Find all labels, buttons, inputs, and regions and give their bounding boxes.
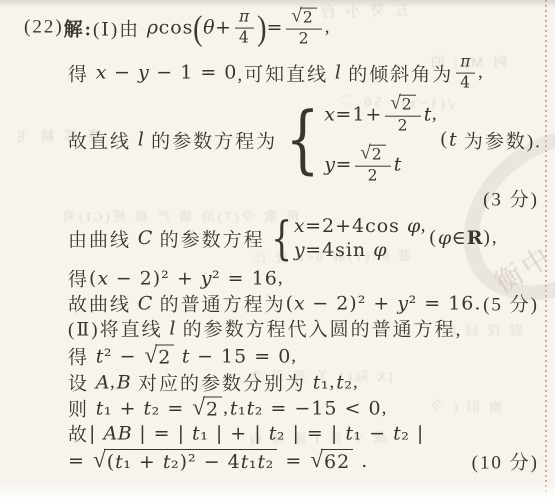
radicand: 2	[369, 145, 386, 165]
cases-system: {x=1+√22t,y=√22t	[279, 95, 439, 186]
math-roman: ∈	[452, 227, 467, 249]
math-roman: ₂	[344, 371, 353, 393]
math-variable: φ	[373, 239, 387, 261]
solution-line-7: (Ⅱ)将直线 l 的参数方程代入圆的普通方程,	[68, 315, 462, 342]
radicand: 2	[399, 95, 416, 115]
square-root: √2	[390, 95, 415, 115]
math-roman: 2	[368, 167, 379, 185]
math-variable: t	[115, 451, 123, 473]
fraction: √22	[355, 145, 390, 186]
math-roman: ² = 16.	[409, 292, 482, 314]
math-variable: y	[138, 62, 149, 84]
math-roman: ² −	[104, 345, 144, 367]
solution-line-3: 故直线 l 的参数方程为{x=1+√22t,y=√22t(t 为参数).	[68, 95, 542, 186]
math-roman: (	[89, 267, 97, 289]
big-paren: (	[194, 12, 203, 44]
radicand: 62	[321, 449, 353, 473]
math-variable: π	[460, 54, 471, 72]
math-roman: cos	[159, 17, 194, 39]
math-variable: t	[449, 129, 457, 151]
case-equation: x=2+4cos φ,	[294, 215, 428, 237]
text-run: (	[430, 227, 438, 249]
left-brace: {	[286, 103, 320, 177]
square-root: √2	[291, 8, 316, 28]
math-roman: |	[89, 422, 103, 444]
document-page: 衡中 五 癸 小 台 ≥阿 MF| 的√(1−x)+ 56 二赛 郑 耕 飞班 …	[0, 0, 555, 497]
math-variable: C	[138, 227, 153, 249]
cases-rows: x=2+4cos φ,y=4sin φ	[294, 215, 428, 261]
fraction: π4	[456, 54, 475, 93]
math-roman: − 2)² +	[305, 292, 397, 314]
text-run: (22)	[24, 17, 64, 39]
bold-text-run: 解:	[64, 15, 93, 42]
math-variable: x	[97, 267, 108, 289]
math-roman: 2	[402, 97, 413, 115]
math-variable: π	[239, 9, 250, 27]
math-roman: 2	[206, 398, 219, 420]
text-run: ,	[432, 104, 439, 126]
text-run: 的参数方程为	[144, 127, 277, 154]
math-roman: 2	[372, 147, 383, 165]
fraction-numerator: √2	[286, 8, 321, 30]
square-root: √62	[310, 449, 353, 473]
math-roman: =1+	[335, 104, 382, 126]
math-variable: ρ	[147, 17, 159, 39]
math-roman: ₂	[266, 451, 275, 473]
text-run: ,	[353, 371, 360, 393]
math-roman: +	[215, 17, 232, 39]
text-run: 的参数方程	[153, 225, 265, 252]
text-run: 由曲线	[68, 225, 138, 252]
text-run: (Ⅰ)由	[93, 15, 147, 42]
math-roman: − 15 = 0	[190, 345, 291, 367]
math-variable: t	[241, 451, 249, 473]
solution-line-11: 故| AB | = | t₁ | + | t₂ | = | t₁ − t₂ |	[68, 420, 424, 447]
math-variable: y	[294, 239, 305, 261]
text-run: 得	[68, 265, 89, 292]
solution-line-6: 故曲线 C 的普通方程为(x − 2)² + y² = 16.	[68, 290, 481, 317]
text-run: ,	[325, 17, 332, 39]
case-equation: y=√22t	[324, 145, 402, 186]
math-variable: x	[96, 62, 107, 84]
text-run: (	[441, 129, 449, 151]
math-roman: ₂ = −15 < 0	[255, 397, 382, 419]
square-root: √2	[145, 344, 175, 368]
text-run: 故直线	[68, 127, 138, 154]
fraction-denominator: 4	[460, 74, 471, 93]
text-run: (10 分)	[472, 448, 539, 475]
text-run: ,	[223, 397, 230, 419]
fraction: π4	[235, 9, 254, 48]
math-variable: y	[324, 154, 335, 176]
fraction: √22	[286, 8, 321, 49]
solution-line-8: 得 t² − √2 t − 15 = 0,	[68, 343, 298, 370]
math-variable: t	[345, 422, 353, 444]
math-variable: t	[163, 451, 171, 473]
text-run: 得	[68, 343, 96, 370]
text-run: ,	[382, 397, 389, 419]
math-roman: ₂ =	[152, 397, 192, 419]
text-run: 故曲线	[68, 290, 138, 317]
math-roman: =2+4cos	[305, 215, 407, 237]
math-variable: t	[313, 371, 321, 393]
score-mark-5: (5 分)	[483, 290, 539, 317]
square-root: √2	[360, 145, 385, 165]
math-variable: t	[96, 397, 104, 419]
math-variable: t	[424, 104, 432, 126]
math-roman: (	[286, 292, 294, 314]
text-run: ,	[291, 345, 298, 367]
math-variable: AB	[103, 422, 132, 444]
math-variable: t	[175, 345, 190, 367]
math-variable: t	[258, 451, 266, 473]
math-variable: t	[144, 397, 152, 419]
text-run: 设	[68, 369, 96, 396]
math-variable: l	[169, 317, 176, 339]
text-run: ),	[484, 227, 499, 249]
math-roman: ² = 16	[212, 267, 278, 289]
score-mark-3: (3 分)	[483, 185, 539, 212]
text-run: ,	[278, 267, 285, 289]
math-roman: 2	[299, 31, 310, 49]
math-variable: A	[96, 371, 110, 393]
math-variable: t	[247, 397, 255, 419]
math-variable: x	[324, 104, 335, 126]
math-roman: ₁ | + |	[200, 422, 269, 444]
math-roman: − 2)² +	[109, 267, 201, 289]
math-roman: ₁	[238, 397, 247, 419]
math-variable: t	[393, 422, 401, 444]
math-roman: =	[266, 17, 283, 39]
math-roman: (	[107, 451, 115, 473]
math-roman: =	[335, 154, 352, 176]
math-roman: − 1 = 0	[149, 62, 237, 84]
fraction: √22	[385, 95, 420, 136]
radicand: 2	[300, 8, 317, 28]
solution-line-2: 得 x − y − 1 = 0,可知直线 l 的倾斜角为π4,	[68, 54, 485, 93]
fraction-numerator: π	[235, 9, 254, 29]
math-roman: ₁ +	[123, 451, 163, 473]
math-variable: x	[294, 292, 305, 314]
solution-line-4: 由曲线 C 的参数方程{x=2+4cos φ,y=4sin φ(φ∈R),	[68, 215, 499, 261]
math-roman: 62	[324, 451, 350, 473]
bleed-through-text: 旗 旧 ( 今	[428, 395, 502, 415]
math-variable: t	[192, 422, 200, 444]
square-root: √2	[192, 396, 222, 420]
math-variable: x	[294, 215, 305, 237]
solution-line-10: 则 t₁ + t₂ = √2,t₁t₂ = −15 < 0,	[68, 395, 388, 422]
text-run: ,	[478, 62, 485, 84]
math-roman: ₁ −	[353, 422, 393, 444]
text-run: 的倾斜角为	[342, 60, 454, 87]
text-run: (3 分)	[483, 185, 539, 212]
math-roman: ₁ +	[104, 397, 144, 419]
radicand: (t₁ + t₂)² − 4t₁t₂	[104, 449, 278, 473]
case-equation: x=1+√22t,	[324, 95, 438, 136]
text-run: 的普通方程为	[153, 290, 286, 317]
math-variable: t	[269, 422, 277, 444]
score-mark-10: (10 分)	[472, 448, 539, 475]
square-root: √(t₁ + t₂)² − 4t₁t₂	[93, 449, 277, 473]
text-run: (5 分)	[483, 290, 539, 317]
math-bold: R	[467, 227, 484, 249]
math-variable: l	[335, 62, 342, 84]
cases-system: {x=2+4cos φ,y=4sin φ	[267, 215, 428, 261]
math-variable: t	[336, 371, 344, 393]
math-variable: y	[397, 292, 408, 314]
math-roman: 4	[239, 30, 250, 48]
text-run: 为参数).	[457, 127, 542, 154]
page-bottom-fade	[0, 483, 555, 497]
text-run: 则	[68, 395, 96, 422]
math-roman: ₂ |	[401, 422, 424, 444]
math-roman: 2	[398, 118, 409, 136]
solution-line-9: 设 A,B 对应的参数分别为 t₁,t₂,	[68, 369, 360, 396]
math-variable: t	[230, 397, 238, 419]
text-run: 对应的参数分别为	[131, 369, 313, 396]
case-equation: y=4sin φ	[294, 239, 387, 261]
math-roman: .	[354, 450, 368, 472]
fraction-numerator: √2	[355, 145, 390, 167]
fraction-denominator: 2	[398, 117, 409, 136]
left-brace: {	[271, 215, 292, 261]
big-paren: )	[257, 12, 266, 44]
text-run: ,可知直线	[237, 60, 335, 87]
math-variable: t	[96, 345, 104, 367]
fraction-numerator: π	[456, 54, 475, 74]
solution-line-1: (22)解:(Ⅰ)由 ρcos(θ+π4)=√22,	[24, 8, 331, 49]
math-variable: t	[394, 154, 402, 176]
math-roman: | = |	[132, 422, 192, 444]
text-run: 故	[68, 420, 89, 447]
math-roman: ₁	[249, 451, 258, 473]
math-roman: =	[68, 450, 92, 472]
fraction-denominator: 2	[368, 166, 379, 185]
math-variable: θ	[203, 17, 215, 39]
math-roman: ₁	[321, 371, 330, 393]
math-variable: φ	[438, 227, 452, 249]
cases-rows: x=1+√22t,y=√22t	[324, 95, 438, 186]
math-variable: C	[138, 292, 153, 314]
text-run: 的参数方程代入圆的普通方程,	[176, 315, 463, 342]
solution-line-12: = √(t₁ + t₂)² − 4t₁t₂ = √62 .	[68, 449, 368, 473]
text-run: 得	[68, 60, 96, 87]
fraction-denominator: 4	[239, 29, 250, 48]
fraction-denominator: 2	[299, 30, 310, 49]
math-variable: B	[117, 371, 131, 393]
math-roman: −	[107, 62, 138, 84]
text-run: ,	[421, 215, 428, 237]
math-variable: φ	[407, 215, 421, 237]
radicand: 2	[155, 344, 174, 368]
text-run: ,	[110, 371, 117, 393]
text-run: (Ⅱ)将直线	[68, 315, 169, 342]
solution-line-5: 得(x − 2)² + y² = 16,	[68, 265, 285, 292]
math-roman: ₂)² − 4	[171, 451, 241, 473]
math-roman: =	[278, 450, 309, 472]
math-roman: ₂ | = |	[277, 422, 346, 444]
math-roman: 2	[303, 10, 314, 28]
math-variable: y	[201, 267, 212, 289]
math-roman: 4	[460, 75, 471, 93]
radicand: 2	[203, 396, 222, 420]
math-roman: =4sin	[305, 239, 373, 261]
fraction-numerator: √2	[385, 95, 420, 117]
text-run: ,	[330, 371, 337, 393]
math-variable: l	[138, 129, 145, 151]
math-roman: 2	[158, 346, 171, 368]
